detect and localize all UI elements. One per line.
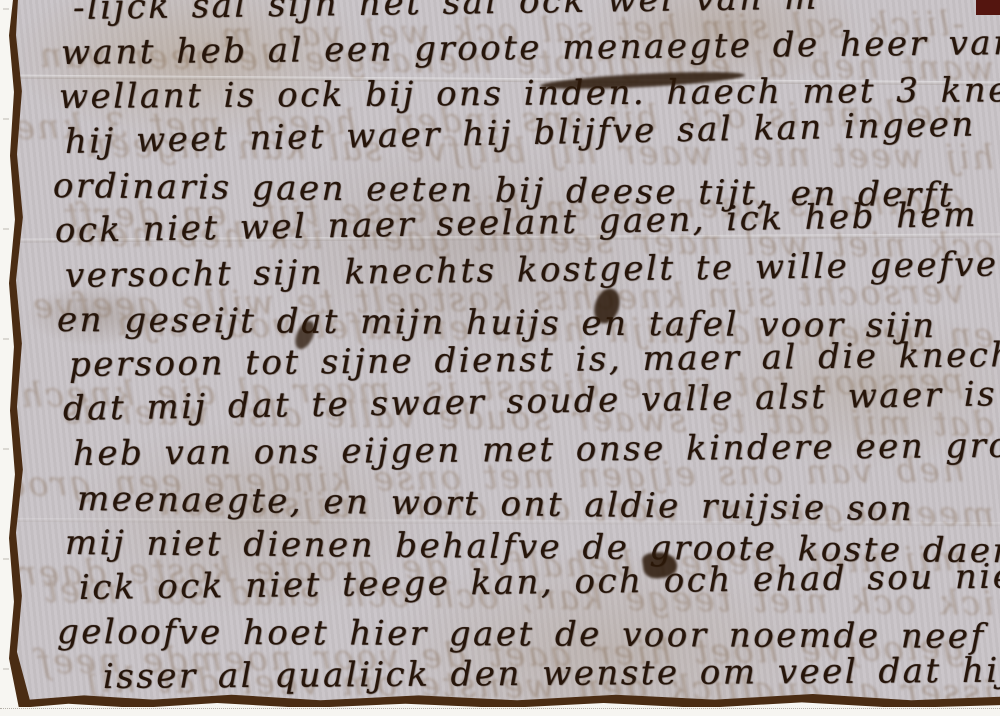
- corner-mark: [976, 0, 1000, 15]
- letter-paper: -lijck sal sijn het sal ock wel van mwan…: [15, 0, 1000, 701]
- handwriting-text-layer: -lijck sal sijn het sal ock wel van mwan…: [45, 0, 1000, 701]
- scanned-letter: -lijck sal sijn het sal ock wel van mwan…: [0, 0, 1000, 716]
- scan-margin-bottom: [0, 707, 1000, 716]
- handwriting-line: want heb al een groote menaegte de heer …: [61, 23, 1000, 77]
- handwriting-line: heb van ons eijgen met onse kindere een …: [73, 426, 1000, 479]
- scan-margin-left: [3, 0, 9, 716]
- handwriting-line: isser al qualijck den wenste om veel dat…: [103, 651, 1000, 701]
